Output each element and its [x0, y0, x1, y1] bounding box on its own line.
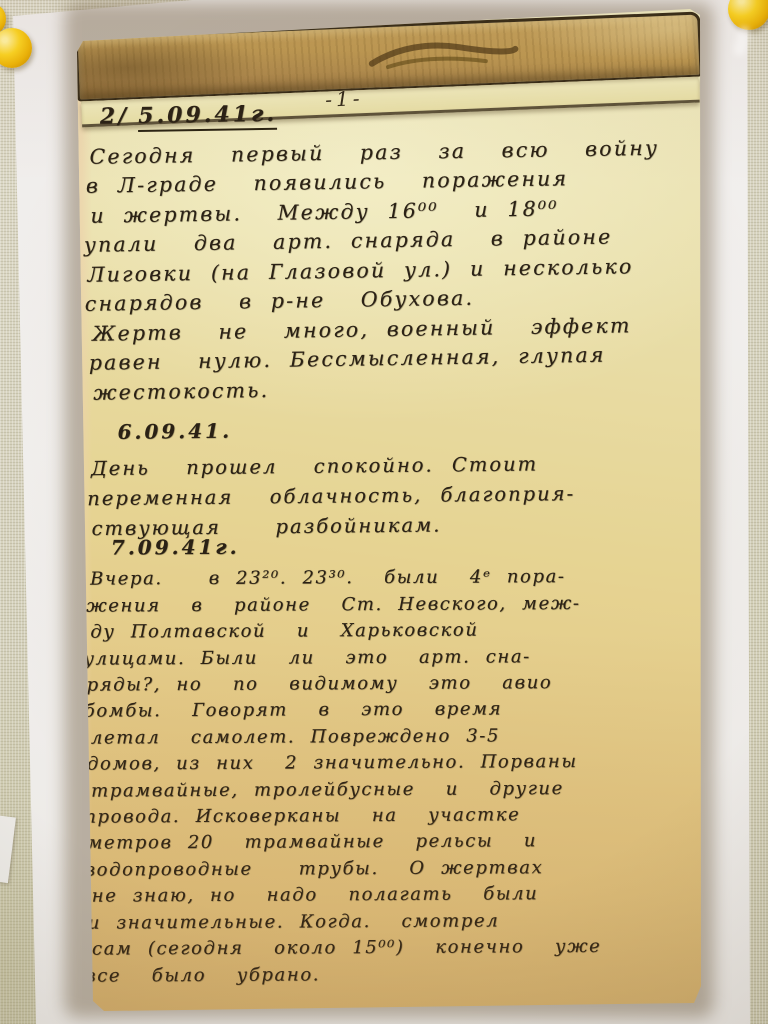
handwritten-line: улицами. Были ли это арт. сна-	[83, 643, 699, 673]
handwritten-line: не знаю, но надо полагать были	[92, 881, 701, 911]
handwritten-line: бомбы. Говорят в это время	[84, 696, 700, 726]
handwritten-line: летал самолет. Повреждено 3-5	[91, 722, 700, 752]
diary-entry: 7.09.41г.Вчера. в 23²⁰. 23³⁰. были 4ᵉ по…	[83, 531, 701, 989]
diary-entry: 2/5.09.41г.Сегодня первый раз за всю вой…	[82, 93, 703, 408]
handwritten-line: и значительные. Когда. смотрел	[88, 907, 701, 937]
pushpin-head	[0, 28, 32, 68]
museum-photo-of-diary-page: -1- 2/5.09.41г.Сегодня первый раз за всю…	[0, 0, 768, 1024]
handwritten-line: ряды?, но по видимому это авио	[87, 669, 700, 699]
entry-number-prefix: 2/	[100, 103, 130, 129]
diary-entry: 6.09.41.День прошел спокойно. Стоитперем…	[83, 411, 700, 544]
entry-date: 7.09.41г.	[111, 535, 240, 560]
pushpin-icon-top-left	[0, 4, 44, 74]
handwritten-line: метров 20 трамвайные рельсы и	[87, 828, 700, 858]
pushpin-glare	[733, 25, 752, 57]
entry-date-heading: 6.09.41.	[117, 411, 699, 447]
handwritten-line: трамвайные, тролейбусные и другие	[91, 775, 700, 805]
binding-stain-mark	[363, 38, 524, 74]
handwritten-line: сам (сегодня около 15⁰⁰) конечно уже	[92, 933, 701, 963]
diary-page: -1- 2/5.09.41г.Сегодня первый раз за всю…	[70, 6, 710, 1014]
entry-date-heading: 7.09.41г.	[111, 531, 699, 560]
pushpin-head	[728, 0, 768, 30]
handwritten-line: провода. Исковерканы на участке	[84, 801, 700, 831]
entry-date: 5.09.41г.	[138, 101, 277, 132]
entry-date: 6.09.41.	[117, 419, 232, 444]
handwritten-line: Вчера. в 23²⁰. 23³⁰. были 4ᵉ пора-	[90, 564, 699, 594]
pushpin-icon-top-right	[720, 0, 768, 58]
handwritten-line: все было убрано.	[85, 960, 701, 990]
handwritten-line: ду Полтавской и Харьковской	[90, 617, 699, 647]
handwritten-line: домов, из них 2 значительно. Порваны	[87, 749, 700, 779]
handwritten-line: водопроводные трубы. О жертвах	[85, 854, 701, 884]
handwritten-line: жения в районе Ст. Невского, меж-	[86, 590, 699, 620]
